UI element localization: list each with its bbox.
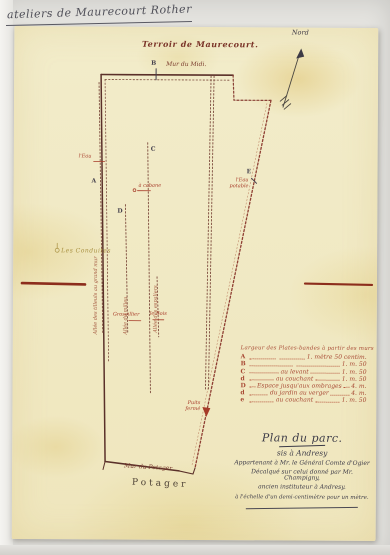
allee-right-label: Allée des espaliers <box>153 285 159 332</box>
legend-leader <box>311 373 340 374</box>
legend-leader <box>249 394 267 395</box>
point-e-label: E <box>247 168 252 175</box>
legend-letter: d <box>240 375 247 382</box>
legend-value: 4. m. <box>351 390 366 397</box>
plan-paper: Terroir de Maurecourt. Nord B Mur du Mid… <box>12 26 379 541</box>
legend: Largeur des Plates-bandes à partir des m… <box>240 345 366 404</box>
cartouche: Plan du parc. sis à Andresy Appartenant … <box>234 431 370 508</box>
legend-letter: A <box>241 353 248 360</box>
plan-outline <box>99 75 271 475</box>
photographed-plan-document: ateliers de Maurecourt Rother <box>0 0 390 555</box>
north-arrow-icon <box>280 48 304 109</box>
legend-letter: D <box>240 382 247 389</box>
allee-mid-label: Allée du milieu <box>123 297 129 335</box>
registration-dashes <box>22 282 372 286</box>
mur-du-midi-label: Mur du Midi. <box>166 61 206 68</box>
legend-leader <box>249 380 273 381</box>
legend-row: DEspace jusqu'aux ombrages4. m. <box>240 382 366 390</box>
allee-left-label: Allée des tilleuls au grand mur <box>93 256 99 334</box>
legend-desc: au levant <box>281 368 309 375</box>
point-b-label: B <box>151 60 156 67</box>
north-label: Nord <box>280 28 320 36</box>
legend-letter: d <box>240 389 247 396</box>
point-ticks <box>54 68 257 417</box>
eau-left-label: l'Eau <box>79 154 92 160</box>
well-symbol-icon <box>55 248 59 252</box>
legend-value: 1. m. 50 <box>342 368 367 375</box>
legend-leader <box>250 365 293 366</box>
cartouche-line2: sis à Andresy <box>234 448 370 458</box>
legend-row: eau couchant1. m. 50 <box>240 396 366 404</box>
point-c-label: C <box>151 146 156 153</box>
legend-leader <box>315 401 339 402</box>
photo-bottom-edge <box>0 545 390 555</box>
legend-value: 1. m. 50 <box>342 397 367 404</box>
plan-title: Terroir de Maurecourt. <box>122 39 278 50</box>
point-d-label: D <box>117 208 122 215</box>
legend-leader <box>249 387 255 388</box>
legend-desc: au couchant <box>276 397 313 404</box>
cartouche-title: Plan du parc. <box>234 431 370 445</box>
conduites-label: Les Conduites <box>61 247 111 254</box>
cartouche-line5: ancien instituteur à Andresy. <box>234 484 370 491</box>
pencil-annotation: ateliers de Maurecourt Rother <box>7 2 217 22</box>
point-a-label: A <box>92 177 97 184</box>
legend-leader <box>250 358 276 359</box>
red-arrowhead-icon <box>202 407 210 417</box>
legend-value: 1. m. 50 <box>342 361 367 368</box>
legend-leader <box>344 387 350 388</box>
legend-letter: C <box>241 368 248 375</box>
legend-desc: du jardin au verger <box>270 390 329 397</box>
cartouche-title-underline <box>279 445 325 447</box>
legend-leader <box>297 365 340 366</box>
legend-leader <box>315 380 339 381</box>
cartouche-line3: Appartenant à Mr. le Général Comte d'Ogi… <box>234 460 370 467</box>
legend-value: 1. mètre 50 centim. <box>307 354 367 361</box>
legend-title: Largeur des Plates-bandes à partir des m… <box>241 345 367 352</box>
alley-lines <box>97 75 214 393</box>
eau-potable-label-2: potable <box>226 184 248 190</box>
legend-leader <box>279 358 305 359</box>
legend-leader <box>250 372 279 373</box>
legend-value: 1. m. 50 <box>342 376 367 383</box>
legend-letter: e <box>240 397 247 404</box>
legend-leader <box>249 401 273 402</box>
legend-desc: au couchant <box>276 375 313 382</box>
cartouche-line6: à l'échelle d'un demi-centimètre pour un… <box>234 494 370 501</box>
cartouche-line4: Décalqué sur celui donné par Mr. Champig… <box>234 469 370 483</box>
legend-value: 4. m. <box>351 383 366 390</box>
cabane-label: à cabane <box>138 184 161 190</box>
legend-leader <box>331 394 349 395</box>
puits-label-2: fermé <box>184 407 200 413</box>
legend-letter: B <box>241 361 248 368</box>
